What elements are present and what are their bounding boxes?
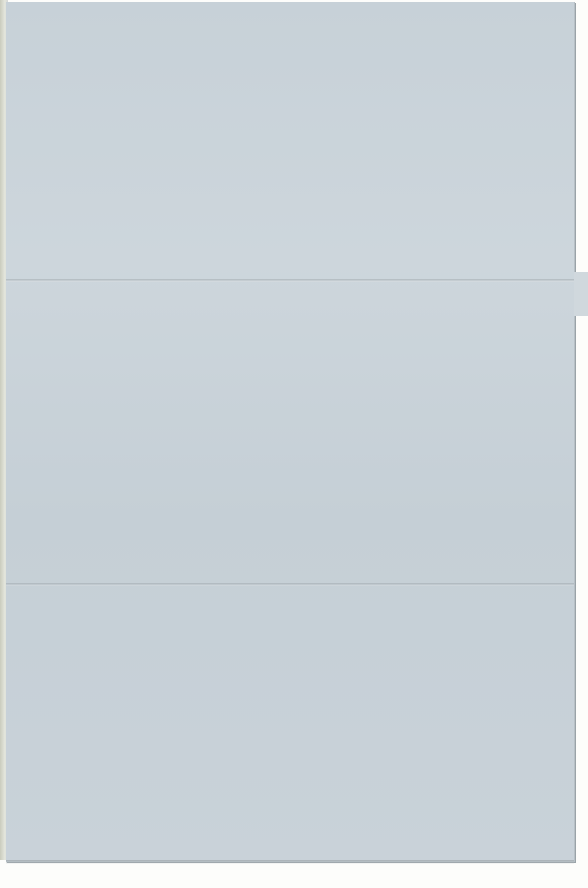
letter-paper [6,2,575,862]
scanned-page [0,0,588,888]
page-right-edge-shadow [574,272,588,316]
paper-fold-line [6,583,574,586]
page-bottom-shadow [6,860,574,864]
paper-fold-line [6,279,574,282]
